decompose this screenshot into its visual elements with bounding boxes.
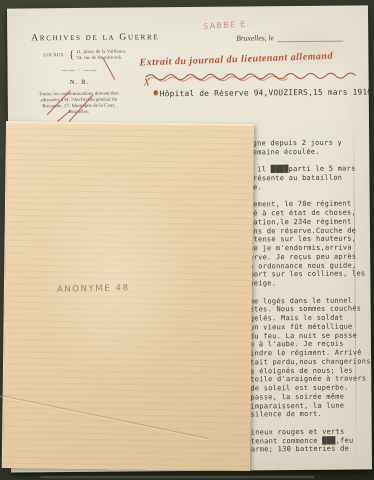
diagonal-fold-crease	[0, 394, 208, 439]
letterhead-address-label: LOCAUX :	[43, 52, 67, 57]
pencil-owner-name: SABBE E.	[203, 19, 251, 31]
letterhead-brace: {	[69, 50, 74, 60]
red-x-mark: X	[144, 77, 150, 88]
letterhead-notice-text: Toutes les communications doivent être a…	[22, 91, 136, 116]
red-ink-dot	[154, 90, 158, 95]
background-mat-edge-highlight	[40, 476, 314, 478]
letterhead-address-block: LOCAUX : { 11, place de la Vaillance 74,…	[43, 49, 125, 62]
letterhead-address-lines: 11, place de la Vaillance 74, rue de Ruy…	[76, 49, 126, 61]
beige-overlay-paper: ANONYME 48	[2, 121, 254, 471]
typed-heading-line: Hôpital de Réserve 94,VOUZIERS,15 mars 1…	[160, 87, 373, 98]
paper-stain	[257, 15, 368, 76]
letterhead-org-name: Archives de la Guerre	[31, 32, 159, 43]
letterhead-divider-ornament: —— · ——	[32, 68, 128, 75]
typed-heading-struck-digit: 5	[367, 87, 372, 96]
typed-heading-text: Hôpital de Réserve 94,VOUZIERS,15 mars 1…	[160, 87, 368, 98]
pencil-archive-annotation: ANONYME 48	[57, 283, 130, 295]
